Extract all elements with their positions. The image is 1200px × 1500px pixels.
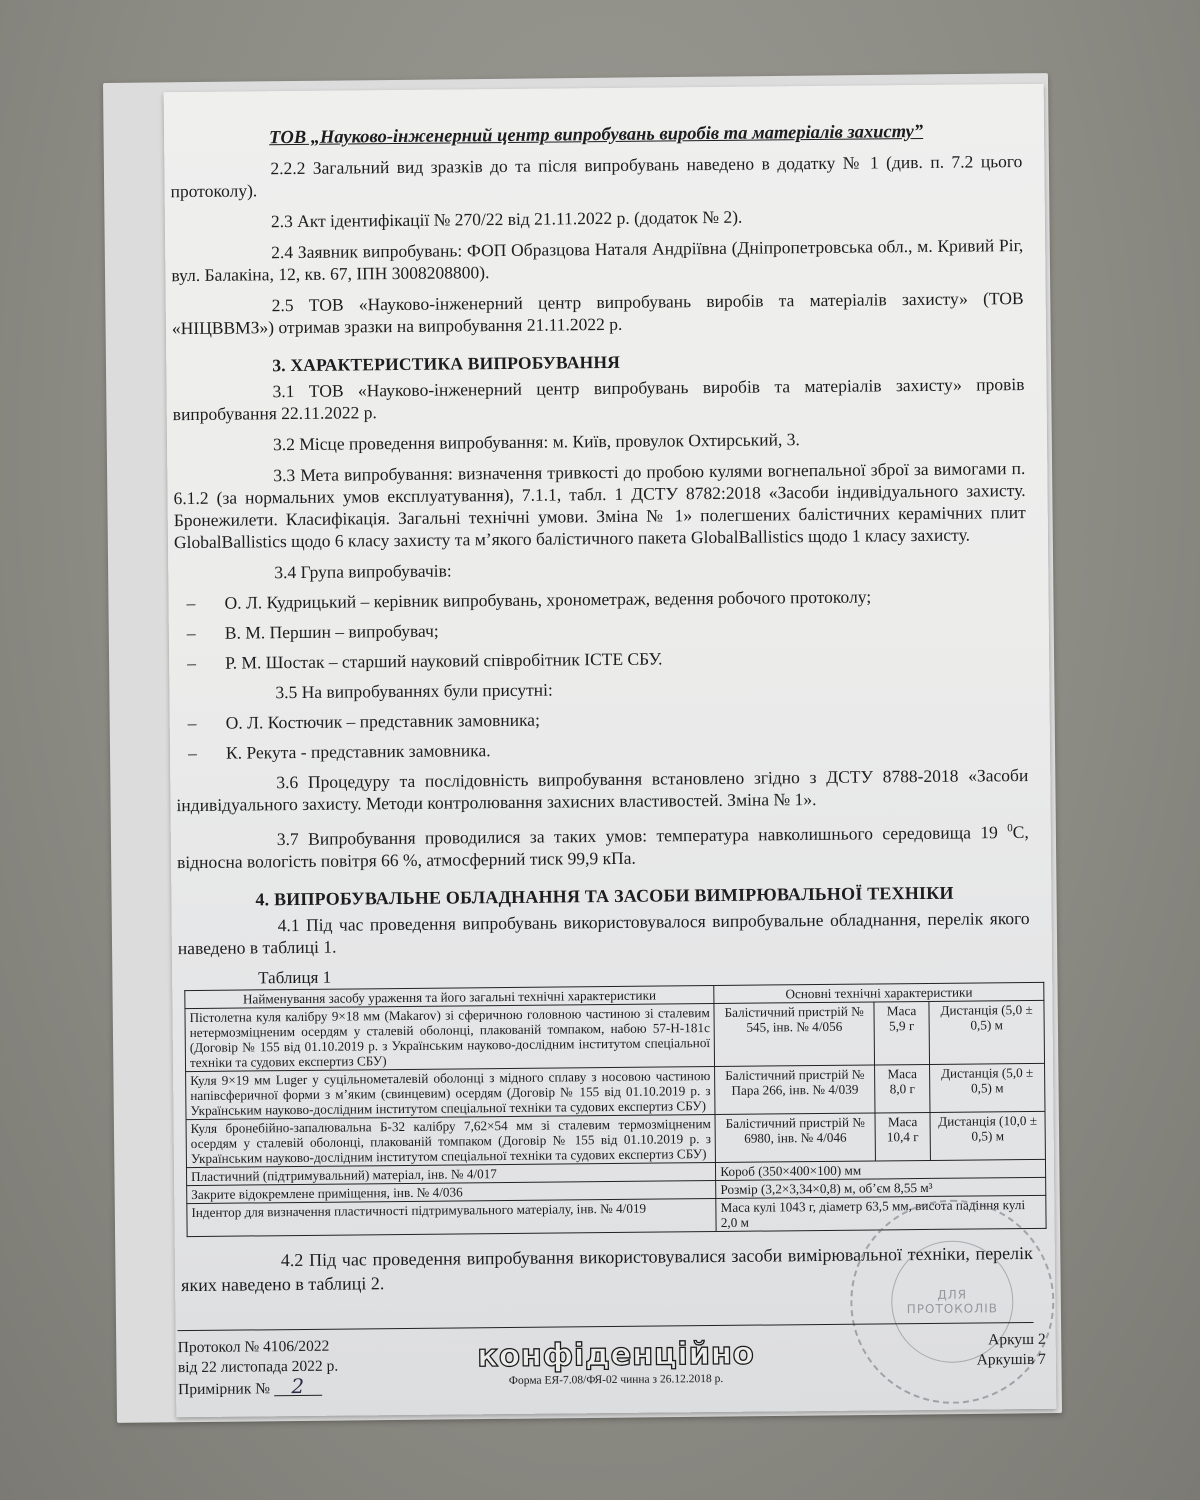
- official-stamp: ДЛЯ ПРОТОКОЛІВ: [849, 1199, 1055, 1405]
- attendee-list-item: К. Рекута - представник замовника.: [176, 734, 1028, 764]
- equipment-table: Найменування засобу ураження та його заг…: [184, 982, 1046, 1237]
- paragraph-3-3: 3.3 Мета випробування: визначення тривко…: [173, 457, 1026, 553]
- copy-label: Примірник №: [178, 1380, 270, 1398]
- bullet-mass: Маса 10,4 г: [875, 1112, 930, 1161]
- footer-sheet-info: Аркуш 2 Аркушів 7: [976, 1330, 1046, 1371]
- handwritten-copy-number: 2: [274, 1377, 322, 1396]
- weapon-description: Куля 9×19 мм Luger у суцільнометалевій о…: [186, 1066, 716, 1119]
- firing-distance: Дистанція (10,0 ± 0,5) м: [930, 1111, 1045, 1160]
- document-page: ТОВ „Науково-інженерний центр випробуван…: [164, 84, 1057, 1417]
- paragraph-2-2-2: 2.2.2 Загальний вид зразків до та після …: [170, 150, 1022, 202]
- bullet-mass: Маса 8,0 г: [875, 1064, 930, 1113]
- tester-list-item: Р. М. Шостак – старший науковий співробі…: [175, 644, 1027, 674]
- table-row: Куля 9×19 мм Luger у суцільнометалевій о…: [186, 1063, 1045, 1119]
- ballistic-device: Балістичний пристрій № Пара 266, інв. № …: [715, 1065, 875, 1115]
- ballistic-device: Балістичний пристрій № 6980, інв. № 4/04…: [715, 1113, 875, 1163]
- copy-number: Примірник № 2: [178, 1377, 339, 1401]
- stamp-text: ДЛЯ: [937, 1288, 967, 1302]
- paragraph-3-6: 3.6 Процедуру та послідовність випробува…: [176, 764, 1028, 816]
- weapon-description: Пістолетна куля калібру 9×18 мм (Makarov…: [185, 1003, 715, 1071]
- protocol-date: від 22 листопада 2022 р.: [178, 1357, 338, 1379]
- bullet-mass: Маса 5,9 г: [874, 1001, 930, 1065]
- paragraph-3-4: 3.4 Група випробувачів:: [274, 554, 1026, 583]
- section-3-heading: 3. ХАРАКТЕРИСТИКА ВИПРОБУВАННЯ: [272, 347, 1024, 376]
- firing-distance: Дистанція (5,0 ± 0,5) м: [930, 1063, 1045, 1112]
- tester-list-item: О. Л. Кудрицький – керівник випробувань,…: [174, 584, 1026, 614]
- page-content: ТОВ „Науково-інженерний центр випробуван…: [170, 120, 1033, 1306]
- footer-protocol-info: Протокол № 4106/2022 від 22 листопада 20…: [178, 1337, 339, 1401]
- form-note: Форма ЕЯ-7.08/ФЯ-02 чинна з 26.12.2018 р…: [476, 1373, 756, 1388]
- paragraph-4-1: 4.1 Під час проведення випробувань викор…: [178, 907, 1030, 959]
- organization-header: ТОВ „Науково-інженерний центр випробуван…: [170, 120, 1022, 150]
- tester-list-item: В. М. Першин – випробувач;: [175, 614, 1027, 644]
- firing-distance: Дистанція (5,0 ± 0,5) м: [929, 1000, 1045, 1064]
- ballistic-device: Балістичний пристрій № 545, інв. № 4/056: [714, 1002, 874, 1067]
- section-4-heading: 4. ВИПРОБУВАЛЬНЕ ОБЛАДНАННЯ ТА ЗАСОБИ ВИ…: [255, 881, 1029, 910]
- sheet-number: Аркуш 2: [976, 1330, 1045, 1351]
- paragraph-3-1: 3.1 ТОВ «Науково-інженерний центр випроб…: [172, 373, 1024, 425]
- table-row: Пістолетна куля калібру 9×18 мм (Makarov…: [185, 1000, 1045, 1071]
- attendee-list-item: О. Л. Костючик – представник замовника;: [176, 704, 1028, 734]
- confidential-label: конфіденційно: [476, 1337, 756, 1374]
- stamp-text: ПРОТОКОЛІВ: [907, 1301, 998, 1316]
- protocol-number: Протокол № 4106/2022: [178, 1337, 338, 1359]
- equipment-name: Індентор для визначення пластичності під…: [187, 1198, 717, 1236]
- paragraph-2-5: 2.5 ТОВ «Науково-інженерний центр випроб…: [172, 287, 1024, 339]
- footer-confidential: конфіденційно Форма ЕЯ-7.08/ФЯ-02 чинна …: [476, 1337, 756, 1388]
- paragraph-2-3: 2.3 Акт ідентифікації № 270/22 від 21.11…: [171, 203, 1023, 233]
- sheets-total: Аркушів 7: [977, 1350, 1046, 1371]
- weapon-description: Куля бронебійно-запалювальна Б-32 калібр…: [186, 1114, 716, 1167]
- paragraph-3-7: 3.7 Випробування проводилися за таких ум…: [177, 817, 1029, 873]
- paragraph-3-5: 3.5 На випробуваннях були присутні:: [275, 674, 1027, 703]
- paragraph-2-4: 2.4 Заявник випробувань: ФОП Образцова Н…: [171, 234, 1023, 286]
- conditions-text: 3.7 Випробування проводилися за таких ум…: [277, 822, 1008, 849]
- table-row: Куля бронебійно-запалювальна Б-32 калібр…: [186, 1111, 1045, 1167]
- paragraph-3-2: 3.2 Місце проведення випробування: м. Ки…: [173, 426, 1025, 456]
